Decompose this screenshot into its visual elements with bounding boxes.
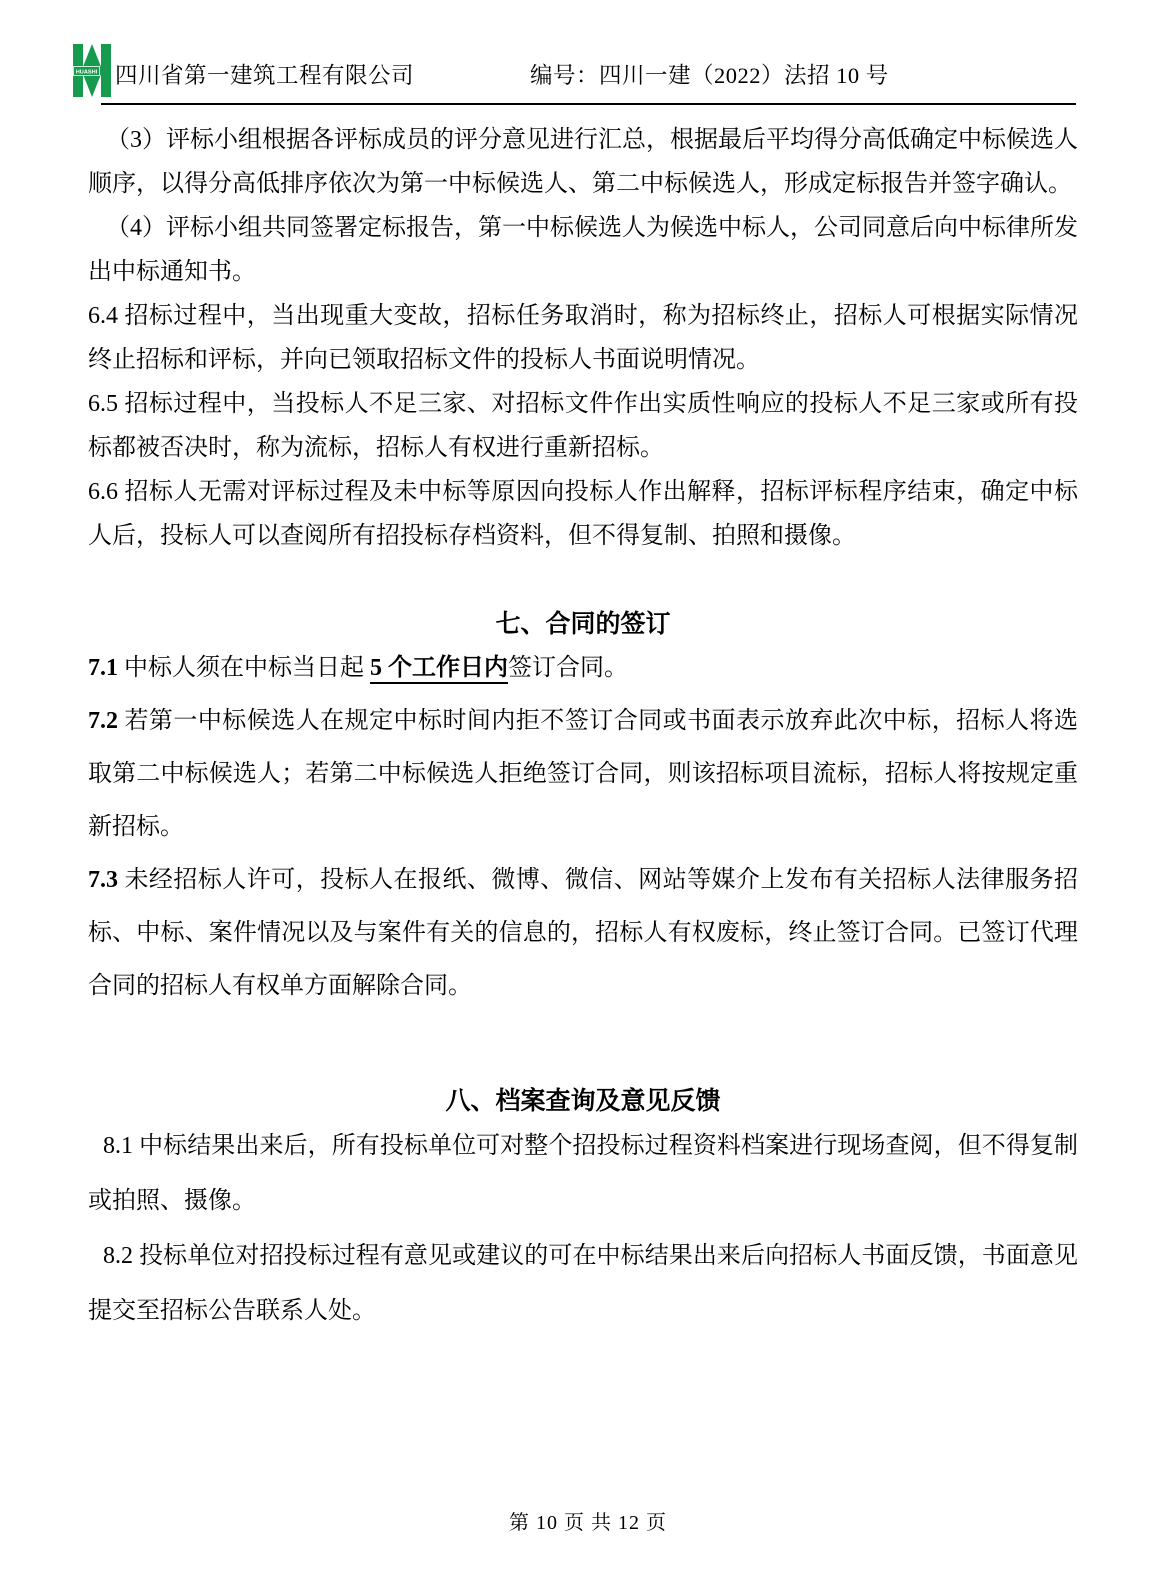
clause-7-1-text-pre: 中标人须在中标当日起 [118,655,370,681]
page-number: 第 10 页 共 12 页 [509,1512,667,1534]
clause-7-1-text-post: 签订合同。 [508,655,628,681]
paragraph-6-6: 6.6 招标人无需对评标过程及未中标等原因向投标人作出解释，招标评标程序结束，确… [88,470,1078,558]
paragraph-eval-4: （4）评标小组共同签署定标报告，第一中标候选人为候选中标人，公司同意后向中标律所… [88,206,1078,294]
deadline-emphasis: 5 个工作日内 [370,655,508,681]
huashi-logo-icon: HUASHI [73,44,111,97]
paragraph-6-4: 6.4 招标过程中，当出现重大变故，招标任务取消时，称为招标终止，招标人可根据实… [88,294,1078,382]
paragraph-6-5: 6.5 招标过程中，当投标人不足三家、对招标文件作出实质性响应的投标人不足三家或… [88,382,1078,470]
paragraph-eval-3: （3）评标小组根据各评标成员的评分意见进行汇总，根据最后平均得分高低确定中标候选… [88,118,1078,206]
paragraph-8-1: 8.1 中标结果出来后，所有投标单位可对整个招投标过程资料档案进行现场查阅，但不… [88,1119,1078,1229]
header-divider [101,103,1076,105]
section-heading-archive-feedback: 八、档案查询及意见反馈 [88,1083,1078,1119]
logo-text: HUASHI [76,70,98,76]
paragraph-7-2: 7.2 若第一中标候选人在规定中标时间内拒不签订合同或书面表示放弃此次中标，招标… [88,695,1078,854]
clause-number-7-3: 7.3 [88,867,118,893]
clause-number-7-2: 7.2 [88,708,118,734]
header-company-name: 四川省第一建筑工程有限公司 [115,58,414,90]
clause-number-7-1: 7.1 [88,655,118,681]
paragraph-7-1: 7.1 中标人须在中标当日起 5 个工作日内签订合同。 [88,642,1078,695]
document-body: （3）评标小组根据各评标成员的评分意见进行汇总，根据最后平均得分高低确定中标候选… [88,118,1078,1339]
clause-7-2-text: 若第一中标候选人在规定中标时间内拒不签订合同或书面表示放弃此次中标，招标人将选取… [88,708,1078,840]
paragraph-8-2: 8.2 投标单位对招投标过程有意见或建议的可在中标结果出来后向招标人书面反馈，书… [88,1229,1078,1339]
document-page: HUASHI 四川省第一建筑工程有限公司 编号：四川一建（2022）法招 10 … [0,0,1176,1591]
paragraph-7-3: 7.3 未经招标人许可，投标人在报纸、微博、微信、网站等媒介上发布有关招标人法律… [88,854,1078,1013]
page-header: HUASHI 四川省第一建筑工程有限公司 编号：四川一建（2022）法招 10 … [73,44,1078,98]
clause-7-3-text: 未经招标人许可，投标人在报纸、微博、微信、网站等媒介上发布有关招标人法律服务招标… [88,867,1078,999]
section-heading-contract-signing: 七、合同的签订 [88,606,1078,642]
header-doc-number: 编号：四川一建（2022）法招 10 号 [530,58,889,90]
page-footer: 第 10 页 共 12 页 [0,1506,1176,1535]
